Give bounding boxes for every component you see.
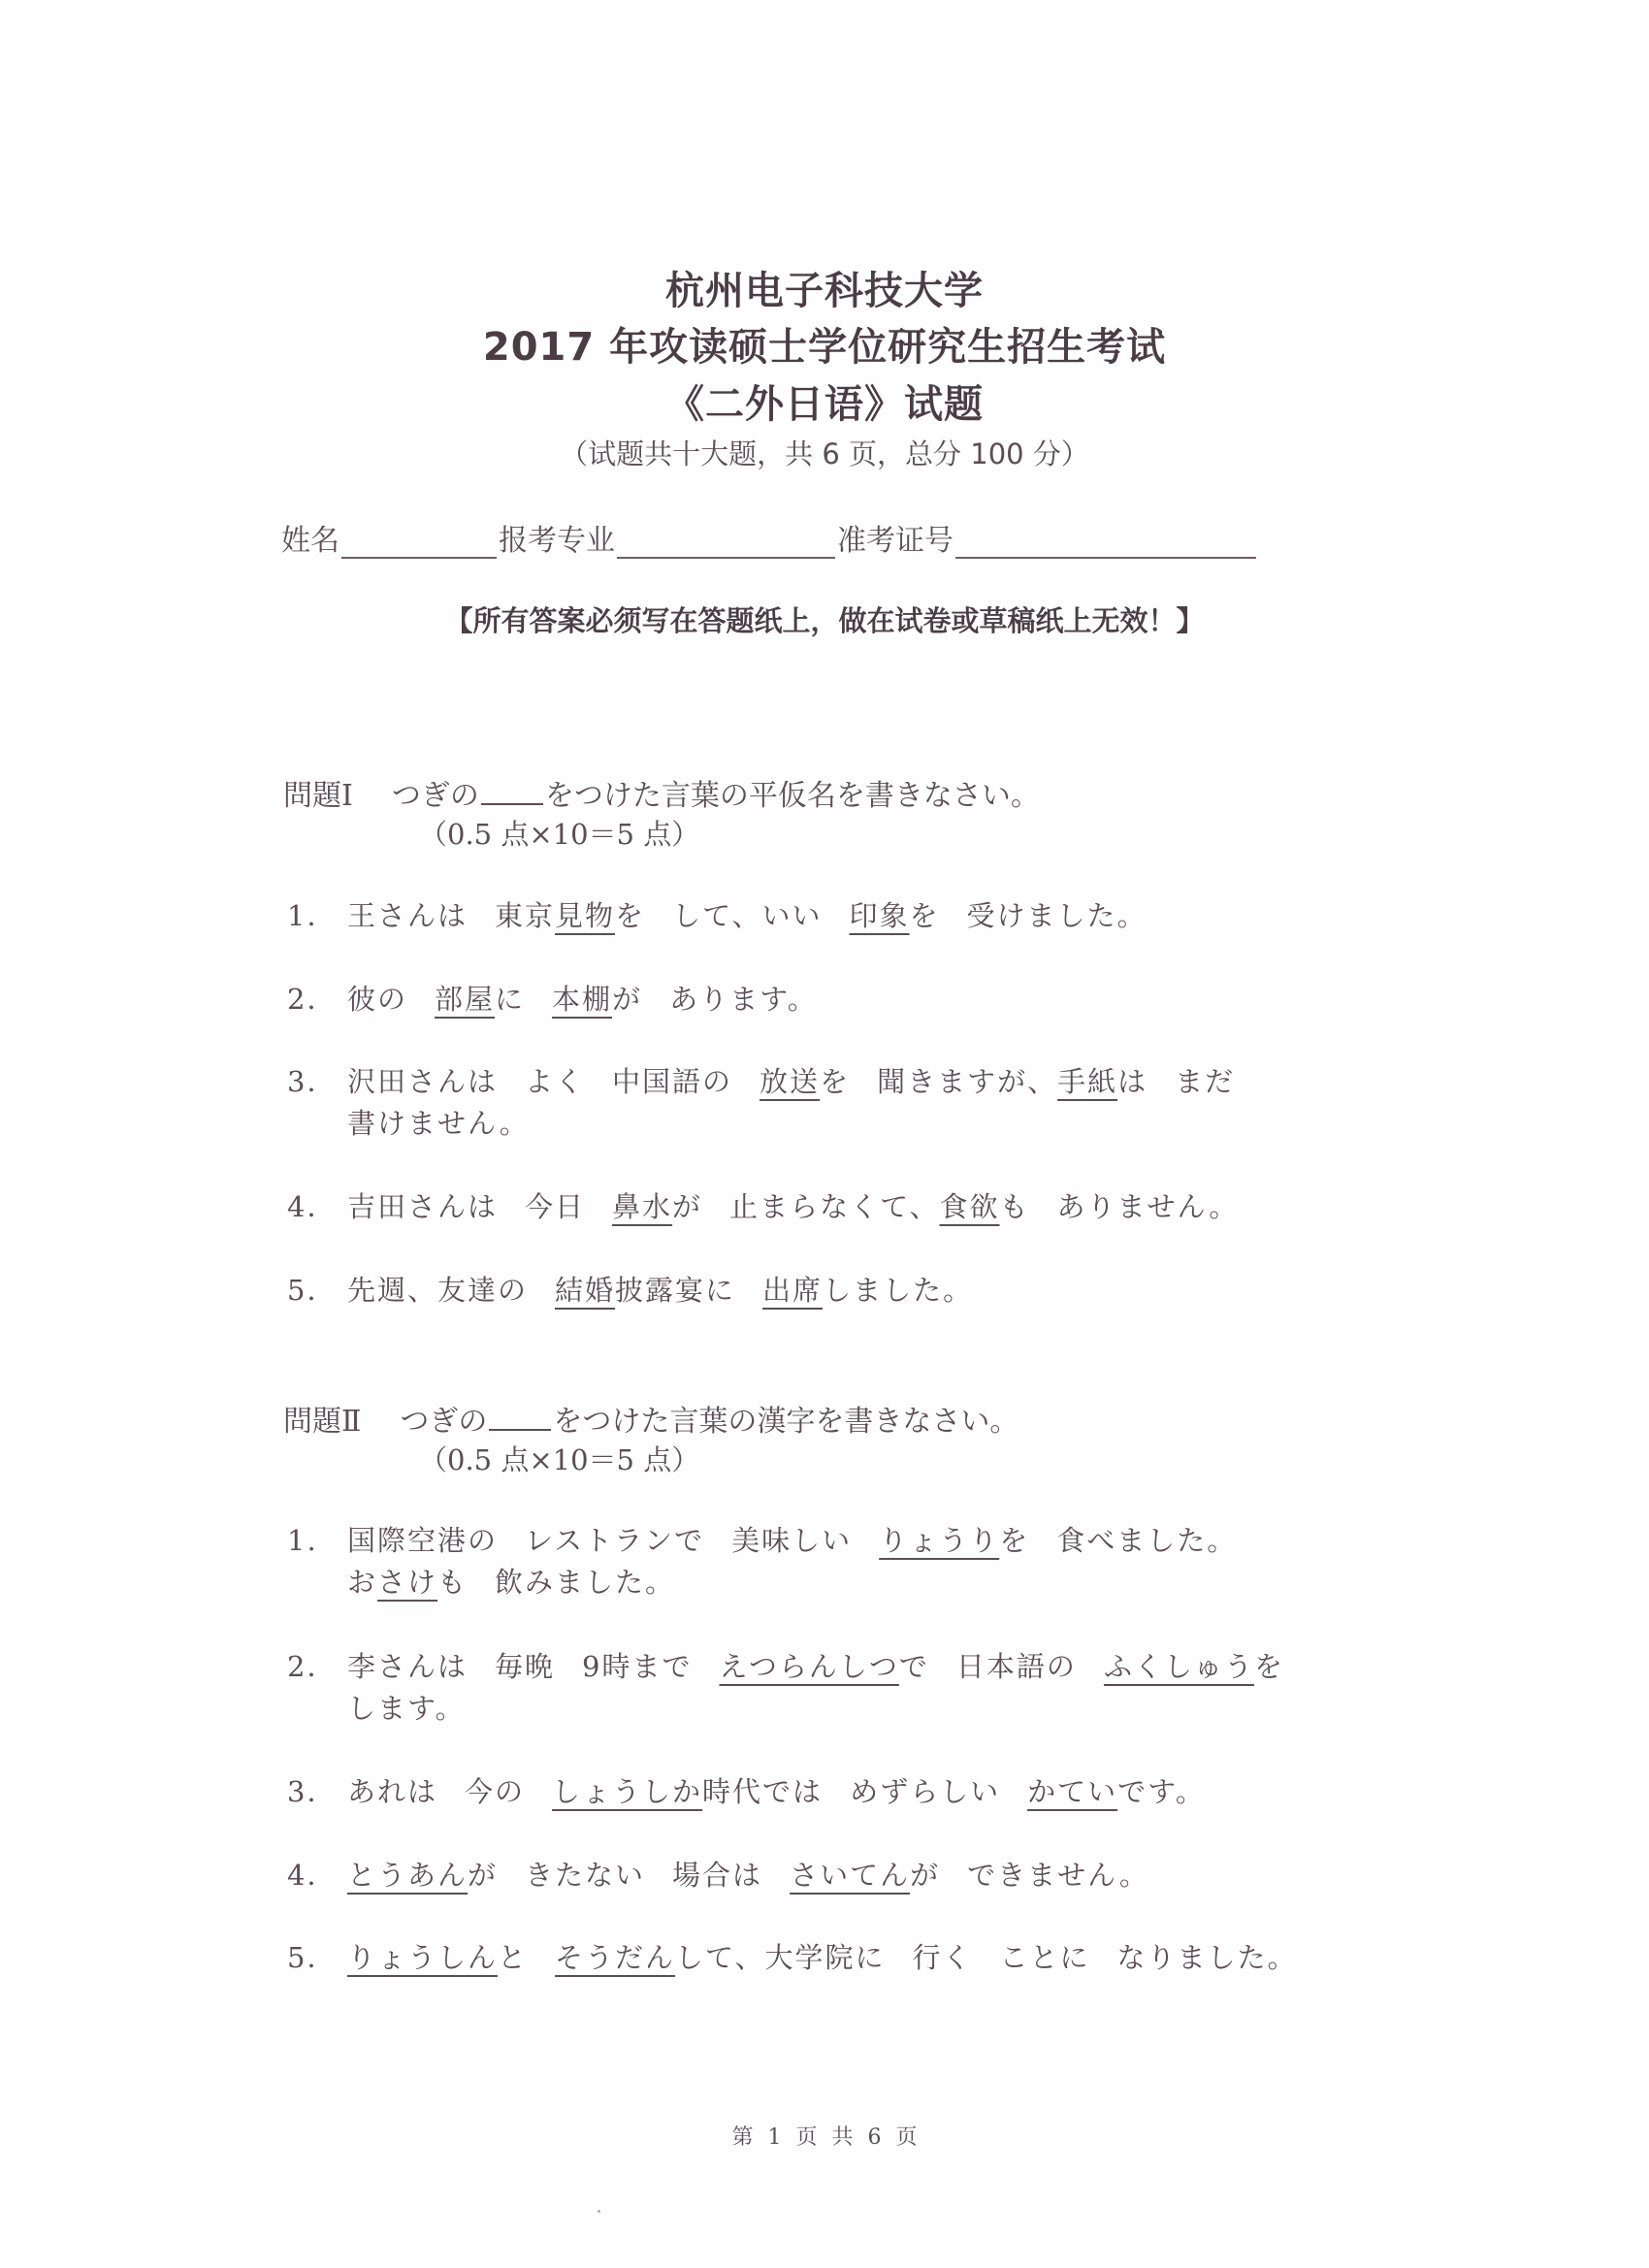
target-word: えつらんしつ: [719, 1650, 898, 1683]
section-2-score: （0.5 点×10＝5 点）: [419, 1439, 699, 1478]
university-title: 杭州电子科技大学: [0, 260, 1649, 315]
section-1-score: （0.5 点×10＝5 点）: [419, 813, 699, 853]
major-label: 报考专业: [499, 516, 615, 559]
id-blank: [955, 528, 1256, 559]
question-item: 2．李さんは毎晩9時までえつらんしつで日本語のふくしゅうを: [287, 1645, 1284, 1685]
target-word: 見物: [555, 899, 615, 932]
section-label: 問題Ⅰ: [283, 779, 353, 813]
target-word: しょうしか: [552, 1775, 702, 1808]
target-word: さいてん: [790, 1859, 910, 1892]
page-indicator: 第 1 页 共 6 页: [0, 2121, 1649, 2151]
exam-title: 2017 年攻读硕士学位研究生招生考试: [0, 316, 1649, 372]
target-word: さけ: [377, 1566, 437, 1599]
candidate-info-line: 姓名 报考专业 准考证号: [281, 516, 1258, 559]
answer-notice: 【所有答案必须写在答题纸上，做在试卷或草稿纸上无效！】: [0, 599, 1649, 639]
target-word: りょうしん: [347, 1941, 498, 1974]
question-item: 1．王さんは東京見物をして、いい印象を受けました。: [287, 894, 1148, 934]
section-label: 問題Ⅱ: [283, 1405, 361, 1439]
major-blank: [617, 528, 835, 559]
underline-sample: [489, 1404, 551, 1431]
target-word: 部屋: [435, 983, 495, 1016]
question-item: 4．とうあんがきたない場合はさいてんができません。: [287, 1854, 1149, 1894]
question-item: 3．沢田さんはよく中国語の放送を聞きますが、手紙はまだ: [287, 1060, 1235, 1100]
question-item: 2．彼の部屋に本棚があります。: [287, 978, 818, 1018]
question-continuation: おさけも飲みました。: [347, 1561, 675, 1601]
target-word: りょうり: [879, 1524, 999, 1557]
target-word: 出席: [762, 1274, 823, 1307]
target-word: とうあん: [347, 1859, 468, 1892]
section-1-heading: 問題Ⅰつぎのをつけた言葉の平仮名を書きなさい。: [283, 771, 1040, 814]
target-word: 食欲: [939, 1190, 999, 1223]
question-continuation: 書けません。: [347, 1102, 530, 1142]
name-blank: [341, 528, 497, 559]
question-continuation: します。: [347, 1687, 466, 1727]
target-word: 本棚: [552, 983, 612, 1016]
exam-summary: （试题共十大题，共 6 页，总分 100 分）: [0, 433, 1649, 472]
target-word: かてい: [1027, 1775, 1117, 1808]
target-word: 鼻水: [612, 1190, 672, 1223]
section-2-heading: 問題Ⅱつぎのをつけた言葉の漢字を書きなさい。: [283, 1397, 1018, 1440]
target-word: 放送: [760, 1065, 820, 1098]
target-word: 印象: [849, 899, 909, 932]
subject-title: 《二外日语》试题: [0, 373, 1649, 429]
id-label: 准考证号: [837, 516, 954, 559]
target-word: ふくしゅう: [1104, 1650, 1254, 1683]
question-item: 3．あれは今のしょうしか時代ではめずらしいかていです。: [287, 1770, 1206, 1810]
question-item: 1.国際空港のレストランで美味しいりょうりを食べました。: [287, 1519, 1237, 1559]
exam-page: 杭州电子科技大学 2017 年攻读硕士学位研究生招生考试 《二外日语》试题 （试…: [0, 0, 1649, 2268]
question-item: 4．吉田さんは今日鼻水が止まらなくて、食欲もありません。: [287, 1185, 1239, 1225]
target-word: そうだん: [555, 1941, 675, 1974]
target-word: 結婚: [555, 1274, 615, 1307]
question-item: 5．りょうしんとそうだんして、大学院に行くことになりました。: [287, 1936, 1298, 1976]
name-label: 姓名: [281, 516, 339, 559]
underline-sample: [481, 778, 543, 805]
question-item: 5．先週、友達の結婚披露宴に出席しました。: [287, 1269, 973, 1309]
target-word: 手紙: [1057, 1065, 1117, 1098]
scan-speck: [598, 2210, 600, 2213]
